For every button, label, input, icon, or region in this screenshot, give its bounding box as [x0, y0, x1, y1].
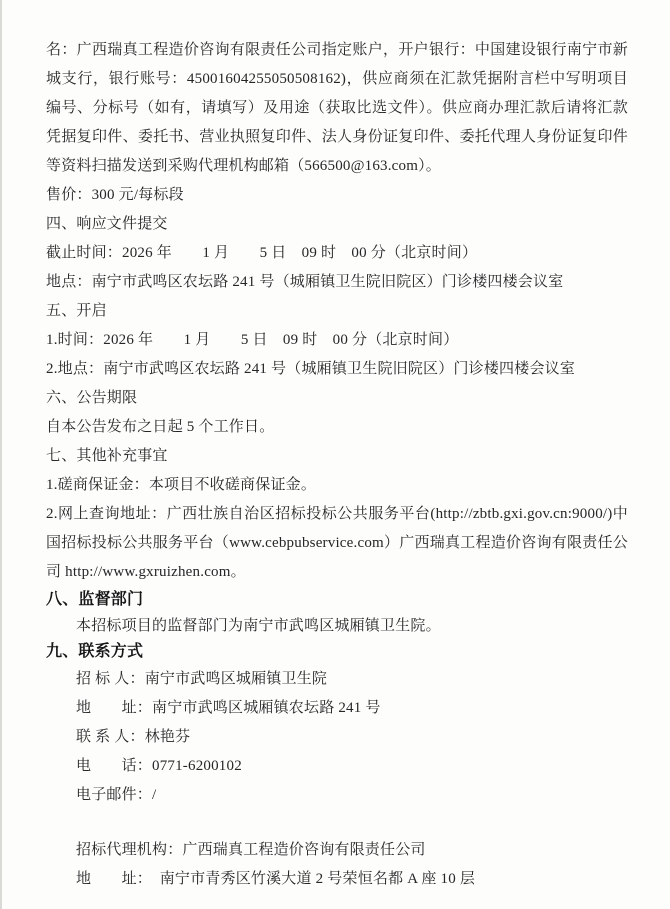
- section-heading-supervision: 八、监督部门: [46, 587, 628, 613]
- submission-location-line: 地点：南宁市武鸣区农坛路 241 号（城厢镇卫生院旧院区）门诊楼四楼会议室: [46, 268, 628, 297]
- price-line: 售价：300 元/每标段: [46, 181, 628, 210]
- agency-name-line: 招标代理机构：广西瑞真工程造价咨询有限责任公司: [46, 836, 628, 865]
- bidder-address-line: 地 址：南宁市武鸣区城厢镇农坛路 241 号: [46, 694, 628, 723]
- section-heading-other-matters: 七、其他补充事宜: [46, 442, 628, 471]
- opening-location-line: 2.地点：南宁市武鸣区农坛路 241 号（城厢镇卫生院旧院区）门诊楼四楼会议室: [46, 355, 628, 384]
- notice-period-line: 自本公告发布之日起 5 个工作日。: [46, 413, 628, 442]
- section-heading-contact: 九、联系方式: [46, 639, 628, 665]
- payment-instructions-paragraph: 名：广西瑞真工程造价咨询有限责任公司指定账户，开户银行：中国建设银行南宁市新城支…: [46, 36, 628, 181]
- supervisory-department-line: 本招标项目的监督部门为南宁市武鸣区城厢镇卫生院。: [46, 613, 628, 639]
- tender-announcement-body: 名：广西瑞真工程造价咨询有限责任公司指定账户，开户银行：中国建设银行南宁市新城支…: [46, 36, 628, 894]
- submission-deadline-line: 截止时间：2026 年 1 月 5 日 09 时 00 分（北京时间）: [46, 239, 628, 268]
- contact-person-line: 联 系 人：林艳芬: [46, 723, 628, 752]
- opening-time-line: 1.时间：2026 年 1 月 5 日 09 时 00 分（北京时间）: [46, 326, 628, 355]
- online-query-paragraph: 2.网上查询地址：广西壮族自治区招标投标公共服务平台(http://zbtb.g…: [46, 500, 628, 587]
- deposit-note-line: 1.磋商保证金：本项目不收磋商保证金。: [46, 471, 628, 500]
- section-heading-opening: 五、开启: [46, 297, 628, 326]
- section-heading-response-docs: 四、响应文件提交: [46, 210, 628, 239]
- scan-edge-artifact: [0, 0, 2, 909]
- contact-email-line: 电子邮件：/: [46, 781, 628, 810]
- agency-address-line: 地 址： 南宁市青秀区竹溪大道 2 号荣恒名都 A 座 10 层: [46, 865, 628, 894]
- contact-phone-line: 电 话：0771-6200102: [46, 752, 628, 781]
- section-heading-notice-period: 六、公告期限: [46, 384, 628, 413]
- bidder-name-line: 招 标 人：南宁市武鸣区城厢镇卫生院: [46, 665, 628, 694]
- document-page: 名：广西瑞真工程造价咨询有限责任公司指定账户，开户银行：中国建设银行南宁市新城支…: [0, 0, 670, 909]
